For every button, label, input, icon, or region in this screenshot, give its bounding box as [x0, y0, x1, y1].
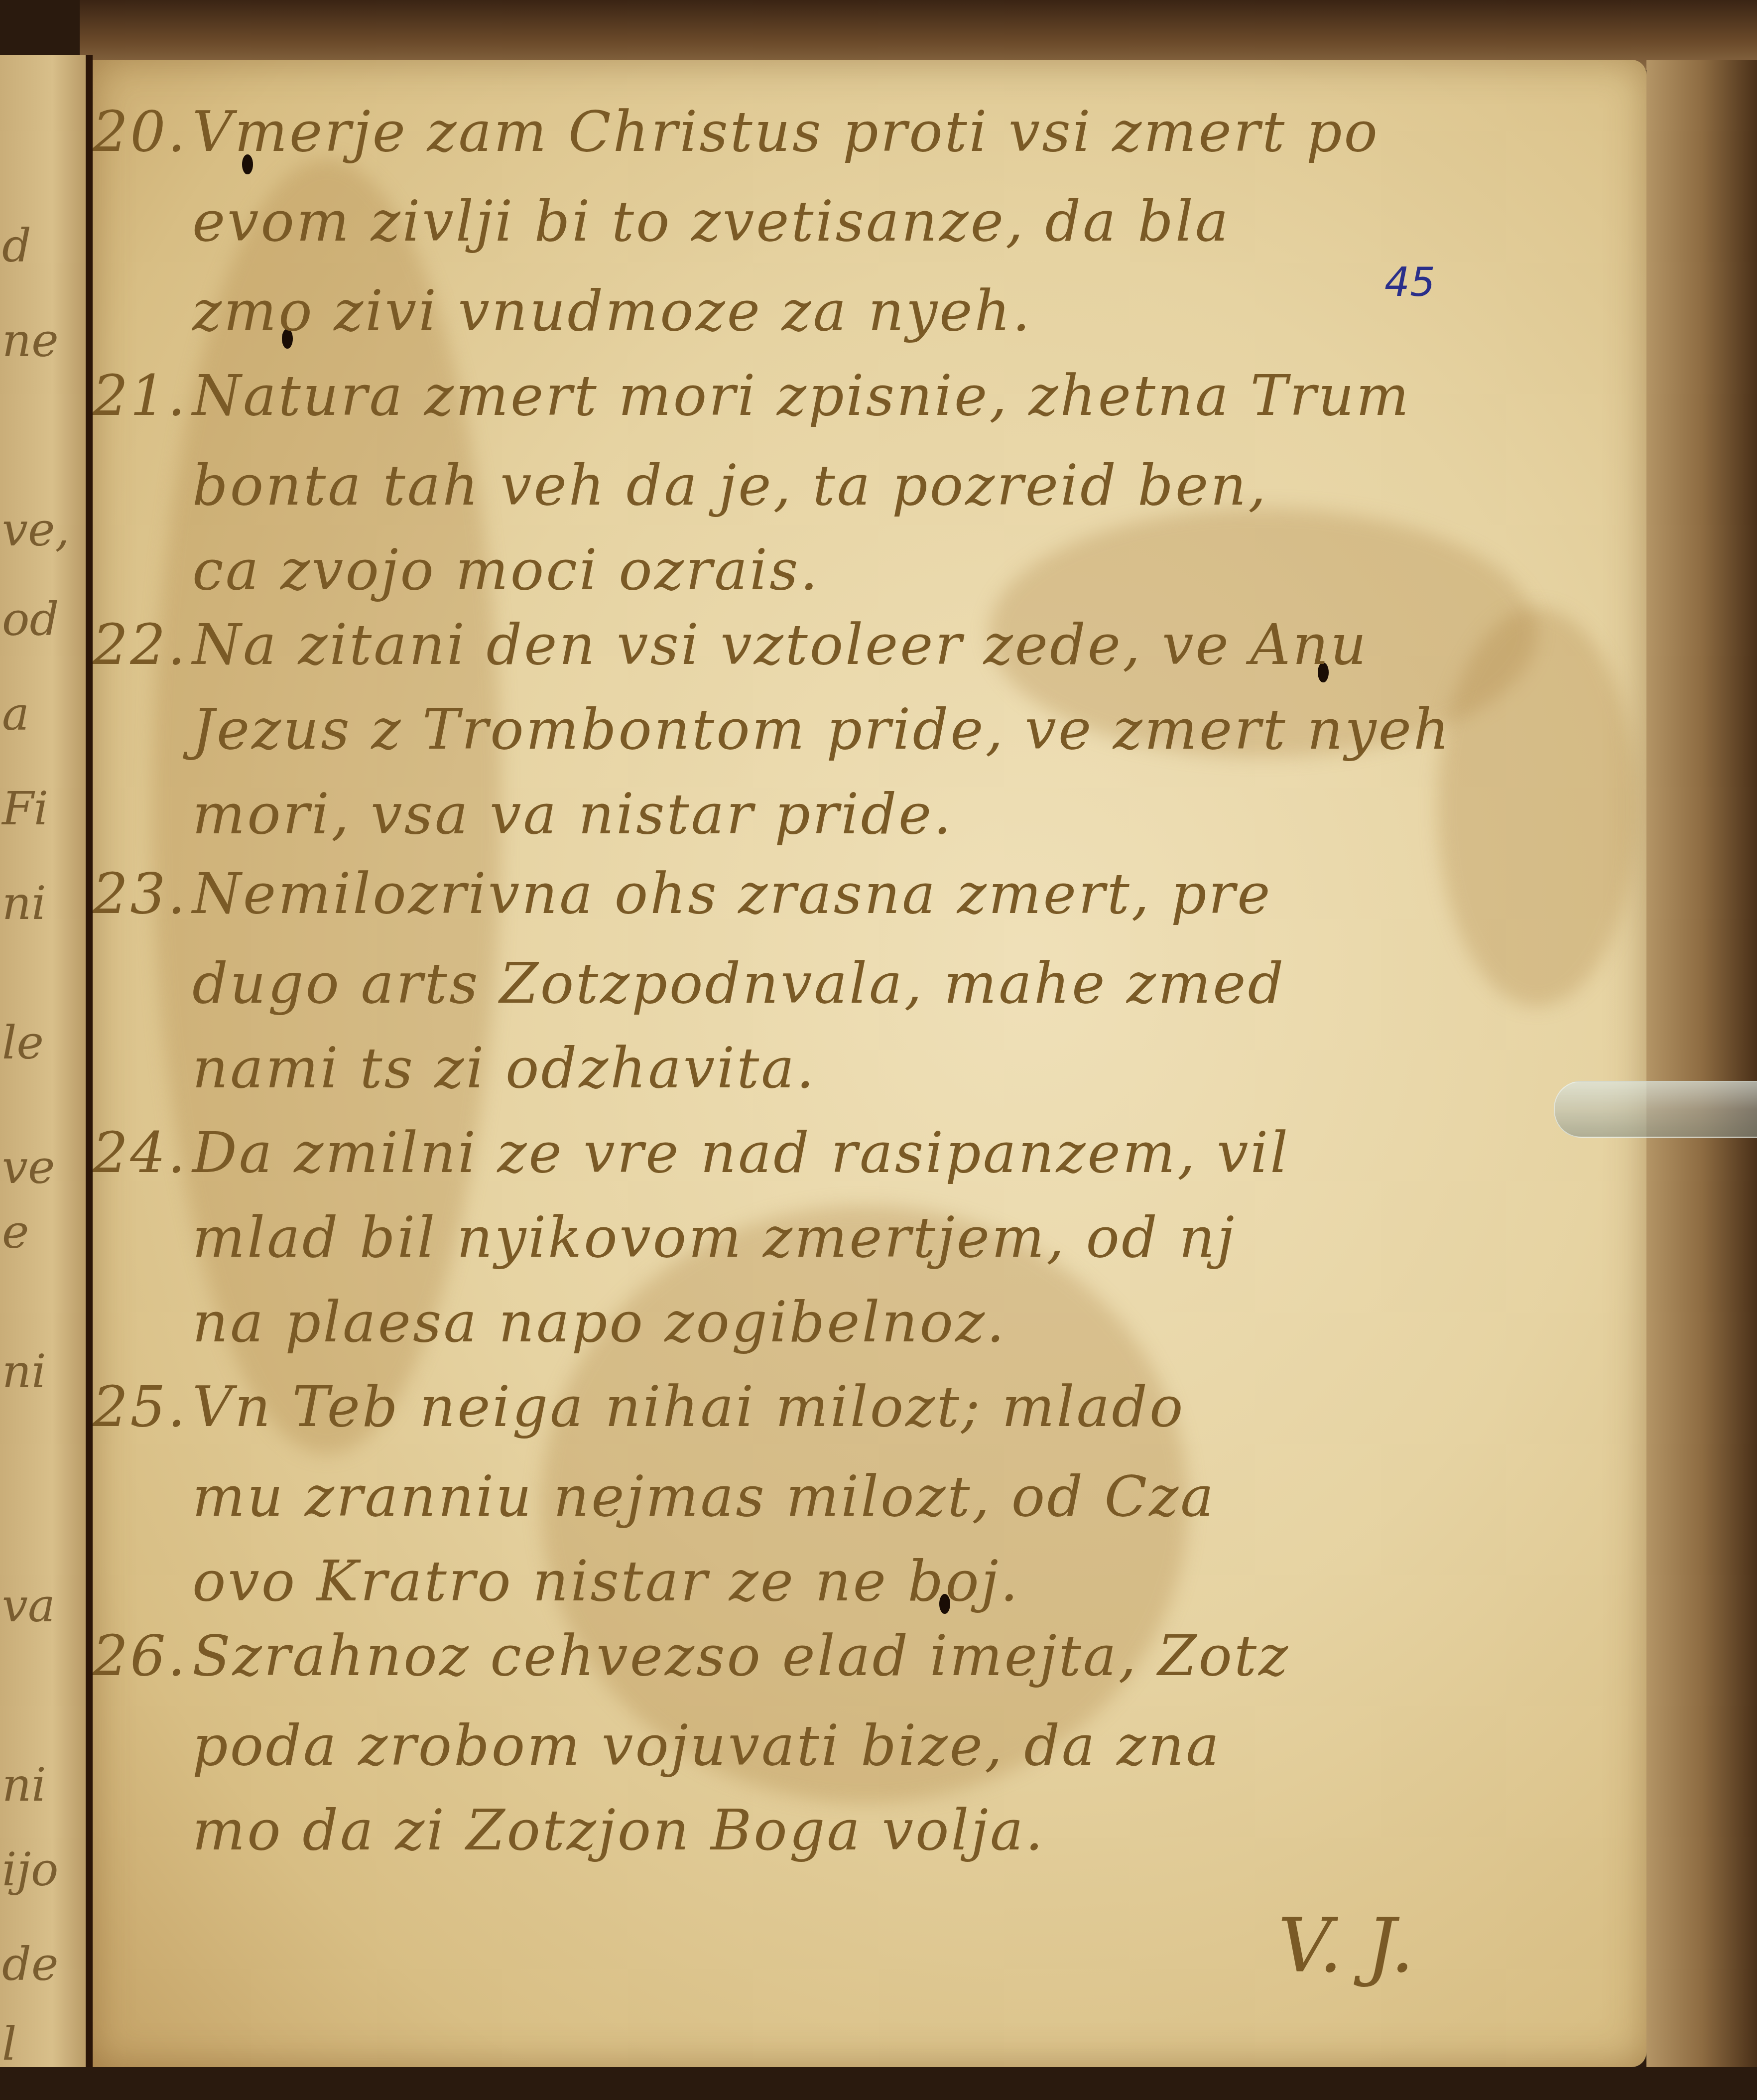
- page-number: 45: [1384, 259, 1435, 305]
- signature: V. J.: [1278, 1903, 1414, 1989]
- left-fragment: va: [2, 1579, 55, 1632]
- verse-line: poda zrobom vojuvati bize, da zna: [192, 1713, 1221, 1778]
- left-fragment: ijo: [2, 1843, 58, 1896]
- verse-number: 24.: [93, 1121, 192, 1185]
- verse-line: zmo zivi vnudmoze za nyeh.: [192, 279, 1032, 344]
- verse-line: ovo Kratro nistar ze ne boj.: [192, 1549, 1020, 1614]
- verse-line: 23.Nemilozrivna ohs zrasna zmert, pre: [93, 862, 1272, 926]
- verse-line: mo da zi Zotzjon Boga volja.: [192, 1798, 1045, 1863]
- left-fragment: le: [2, 1016, 44, 1069]
- verse-line: Jezus z Trombontom pride, ve zmert nyeh: [192, 697, 1451, 762]
- verse-line: bonta tah veh da je, ta pozreid ben,: [192, 453, 1268, 518]
- verse-number: 25.: [93, 1375, 192, 1440]
- water-stain: [1437, 608, 1636, 1006]
- left-fragment: ni: [2, 877, 46, 930]
- left-fragment: d: [2, 219, 31, 272]
- verse-number: 22.: [93, 613, 192, 677]
- manuscript-page: 45 20.Vmerje zam Christus proti vsi zmer…: [93, 60, 1646, 2067]
- verse-line: evom zivlji bi to zvetisanze, da bla: [192, 189, 1231, 254]
- verse-line: mlad bil nyikovom zmertjem, od nj: [192, 1205, 1236, 1270]
- verse-line: 25.Vn Teb neiga nihai milozt; mlado: [93, 1375, 1185, 1440]
- verse-line: 21.Natura zmert mori zpisnie, zhetna Tru…: [93, 364, 1411, 428]
- left-page-edge: d ne ve, od a Fi ni le ve e ni va ni ijo…: [0, 55, 87, 2067]
- left-fragment: Fi: [2, 782, 48, 835]
- left-fragment: e: [2, 1205, 29, 1259]
- book-cover-top: [80, 0, 1757, 70]
- verse-line: ca zvojo moci ozrais.: [192, 538, 820, 603]
- verse-line: 22.Na zitani den vsi vztoleer zede, ve A…: [93, 613, 1368, 677]
- verse-number: 26.: [93, 1624, 192, 1689]
- glass-page-holder: [1554, 1081, 1757, 1138]
- verse-line: mu zranniu nejmas milozt, od Cza: [192, 1464, 1216, 1529]
- left-fragment: ne: [2, 314, 59, 367]
- verse-line: 26.Szrahnoz cehvezso elad imejta, Zotz: [93, 1624, 1290, 1689]
- verse-line: nami ts zi odzhavita.: [192, 1036, 816, 1101]
- verse-line: 20.Vmerje zam Christus proti vsi zmert p…: [93, 100, 1380, 164]
- verse-line: 24.Da zmilni ze vre nad rasipanzem, vil: [93, 1121, 1290, 1185]
- left-fragment: ni: [2, 1758, 46, 1812]
- left-fragment: ve: [2, 1141, 55, 1194]
- left-fragment: od: [2, 593, 59, 646]
- verse-line: dugo arts Zotzpodnvala, mahe zmed: [192, 951, 1285, 1016]
- left-fragment: de: [2, 1938, 58, 1991]
- verse-number: 21.: [93, 364, 192, 428]
- book-fore-edge: [1646, 60, 1757, 2067]
- left-fragment: a: [2, 687, 29, 741]
- verse-line: na plaesa napo zogibelnoz.: [192, 1290, 1006, 1355]
- left-fragment: l: [2, 2017, 16, 2067]
- left-fragment: ve,: [2, 503, 70, 556]
- verse-number: 20.: [93, 100, 192, 164]
- verse-line: mori, vsa va nistar pride.: [192, 782, 953, 847]
- left-fragment: ni: [2, 1345, 46, 1398]
- verse-number: 23.: [93, 862, 192, 926]
- book-gutter: [86, 55, 93, 2067]
